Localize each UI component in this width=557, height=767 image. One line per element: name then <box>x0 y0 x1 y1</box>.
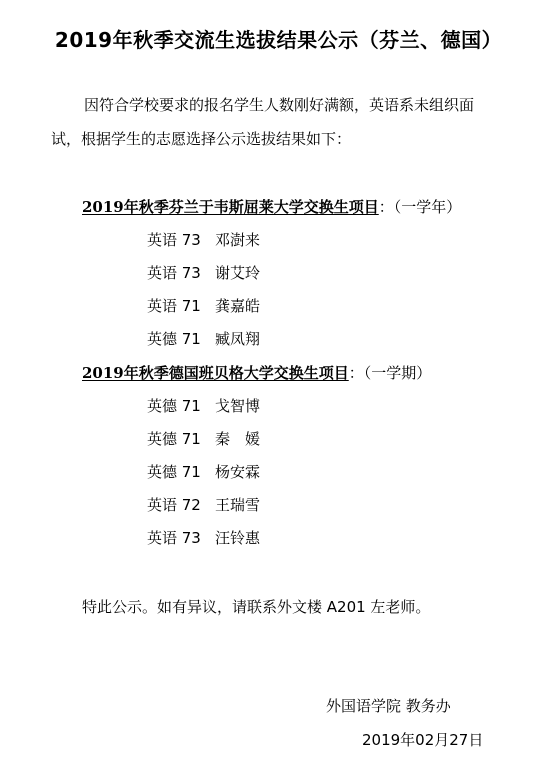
student-class: 英德 71 <box>147 328 215 349</box>
section-duration: ：（一学年） <box>379 198 462 216</box>
section-title: 2019年秋季芬兰于韦斯屈莱大学交换生项目 <box>82 198 379 216</box>
student-class: 英德 71 <box>147 461 215 482</box>
student-class: 英德 71 <box>147 428 215 449</box>
student-name: 戈智博 <box>215 397 260 415</box>
student-name: 臧凤翔 <box>215 330 260 348</box>
student-row: 英语 71龚嘉皓 <box>147 295 260 316</box>
student-name: 邓澍来 <box>215 231 260 249</box>
page-title: 2019年秋季交流生选拔结果公示（芬兰、德国） <box>0 24 557 53</box>
student-class: 英语 72 <box>147 494 215 515</box>
student-row: 英德 71杨安霖 <box>147 461 260 482</box>
intro-line-1: 因符合学校要求的报名学生人数刚好满额，英语系未组织面 <box>84 96 474 114</box>
student-class: 英语 73 <box>147 527 215 548</box>
student-name: 王瑞雪 <box>215 496 260 514</box>
student-name: 龚嘉皓 <box>215 297 260 315</box>
intro-line-2: 试，根据学生的志愿选择公示选拔结果如下： <box>51 130 351 148</box>
student-row: 英语 73谢艾玲 <box>147 262 260 283</box>
section-heading-finland: 2019年秋季芬兰于韦斯屈莱大学交换生项目：（一学年） <box>82 196 461 217</box>
section-duration: ：（一学期） <box>349 364 432 382</box>
student-row: 英德 71臧凤翔 <box>147 328 260 349</box>
section-title: 2019年秋季德国班贝格大学交换生项目 <box>82 364 349 382</box>
student-row: 英语 72王瑞雪 <box>147 494 260 515</box>
date: 2019年02月27日 <box>362 729 483 750</box>
student-name: 秦 媛 <box>215 430 260 448</box>
intro-paragraph: 因符合学校要求的报名学生人数刚好满额，英语系未组织面 试，根据学生的志愿选择公示… <box>51 88 521 156</box>
student-row: 英语 73邓澍来 <box>147 229 260 250</box>
notice-text: 特此公示。如有异议，请联系外文楼 A201 左老师。 <box>82 596 430 617</box>
student-row: 英德 71秦 媛 <box>147 428 260 449</box>
section-heading-germany: 2019年秋季德国班贝格大学交换生项目：（一学期） <box>82 362 431 383</box>
student-class: 英德 71 <box>147 395 215 416</box>
student-row: 英德 71戈智博 <box>147 395 260 416</box>
student-name: 谢艾玲 <box>215 264 260 282</box>
student-row: 英语 73汪铃惠 <box>147 527 260 548</box>
student-class: 英语 71 <box>147 295 215 316</box>
student-name: 杨安霖 <box>215 463 260 481</box>
signature: 外国语学院 教务办 <box>326 695 451 716</box>
student-name: 汪铃惠 <box>215 529 260 547</box>
student-class: 英语 73 <box>147 262 215 283</box>
student-class: 英语 73 <box>147 229 215 250</box>
